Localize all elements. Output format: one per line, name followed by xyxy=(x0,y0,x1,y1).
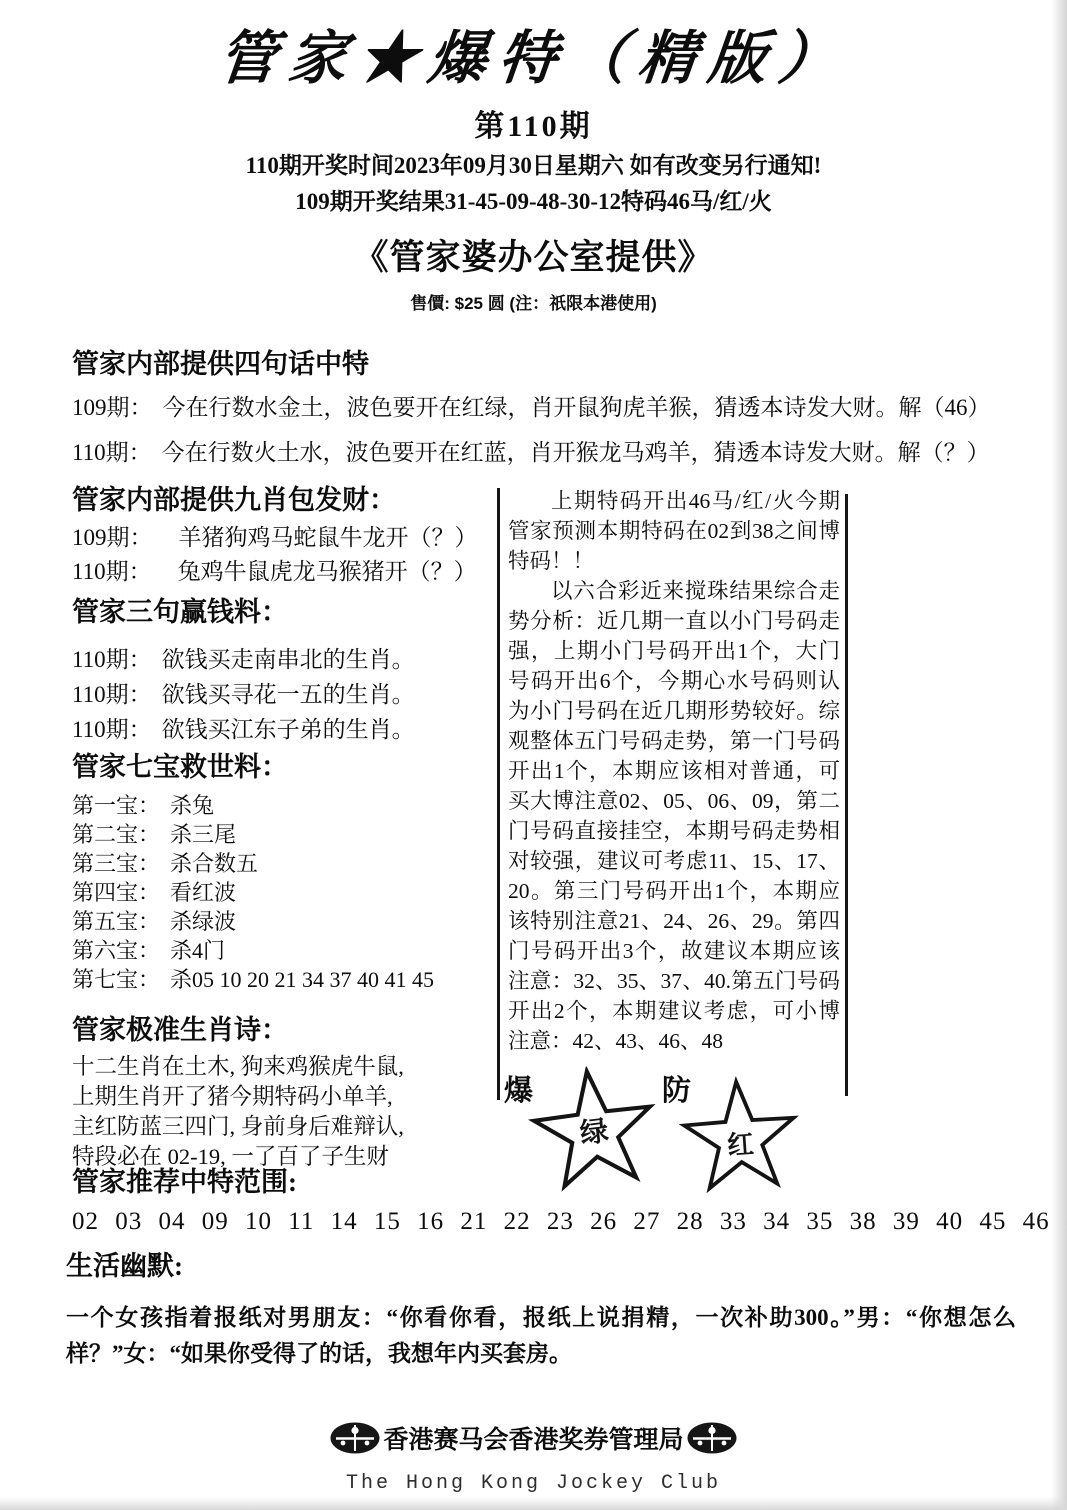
three-sentence-heading: 管家三句赢钱料： xyxy=(72,596,482,628)
treasure-row: 第五宝：杀绿波 xyxy=(72,907,482,936)
row-text: 看红波 xyxy=(170,880,236,905)
row-text: 杀05 10 20 21 34 37 40 41 45 xyxy=(170,967,434,992)
row-text: 杀4门 xyxy=(170,938,225,963)
treasure-row: 第三宝：杀合数五 xyxy=(72,849,482,878)
left-column: 管家内部提供九肖包发财： 109期：羊猪狗鸡马蛇鼠牛龙开（？） 110期：兔鸡牛… xyxy=(72,484,482,1172)
analysis-paragraph-1: 上期特码开出46马/红/火今期管家预测本期特码在02到38之间博特码！！ xyxy=(508,486,840,576)
treasure-row: 第七宝：杀05 10 20 21 34 37 40 41 45 xyxy=(72,965,482,994)
row-text: 欲钱买走南串北的生肖。 xyxy=(162,647,415,672)
treasure-label: 第五宝： xyxy=(72,909,160,934)
star-inner-text: 红 xyxy=(726,1129,755,1161)
scan-edge-bottom xyxy=(0,1497,1067,1510)
treasure-row: 第六宝：杀4门 xyxy=(72,936,482,965)
row-text: 杀兔 xyxy=(170,793,214,818)
last-result-line: 109期开奖结果31-45-09-48-30-12特码46马/红/火 xyxy=(0,187,1067,217)
green-star-icon: 绿 xyxy=(523,1058,666,1201)
guard-star-unit: 防 红 xyxy=(658,1066,808,1206)
treasure-label: 第六宝： xyxy=(72,938,160,963)
section-three-sentence: 管家三句赢钱料： 110期：欲钱买走南串北的生肖。 110期：欲钱买寻花一五的生… xyxy=(72,596,482,747)
red-star-icon: 红 xyxy=(676,1072,804,1202)
period-label: 110期： xyxy=(72,440,152,465)
poem-line: 主红防蓝三四门, 身前身后难辩认, xyxy=(72,1112,482,1142)
column-divider-left xyxy=(497,488,500,1100)
treasure-label: 第三宝： xyxy=(72,851,160,876)
four-phrase-heading: 管家内部提供四句话中特 xyxy=(72,348,1027,380)
period-label: 109期： xyxy=(72,395,153,420)
row-text: 今在行数水金土，波色要开在红绿，肖开鼠狗虎羊猴，猜透本诗发大财。解（46） xyxy=(163,395,991,420)
price-line: 售價: $25 圆 (注：祇限本港使用) xyxy=(0,289,1067,314)
poem-line: 十二生肖在土木, 狗来鸡猴虎牛鼠, xyxy=(72,1052,482,1082)
period-label: 110期： xyxy=(72,717,152,742)
row-text: 欲钱买寻花一五的生肖。 xyxy=(162,682,415,707)
jockey-club-emblem-icon xyxy=(329,1421,381,1455)
main-columns: 管家内部提供九肖包发财： 109期：羊猪狗鸡马蛇鼠牛龙开（？） 110期：兔鸡牛… xyxy=(0,484,1067,1162)
right-column: 上期特码开出46马/红/火今期管家预测本期特码在02到38之间博特码！！ 以六合… xyxy=(508,486,840,1206)
poem-line: 特段必在 02-19, 一了百了子生财 xyxy=(72,1142,482,1172)
zodiac-poem-heading: 管家极准生肖诗： xyxy=(72,1014,482,1046)
poem-line: 上期生肖开了猪今期特码小单羊, xyxy=(72,1082,482,1112)
footer: 香港赛马会香港奖券管理局 The Hong Kong Jockey Club xyxy=(0,1420,1067,1495)
row-text: 杀合数五 xyxy=(170,851,258,876)
analysis-paragraph-2: 以六合彩近来搅珠结果综合走势分析：近几期一直以小门号码走强，上期小门号码开出1个… xyxy=(508,576,840,1056)
header: 管家★爆特（精版） 第110期 110期开奖时间2023年09月30日星期六 如… xyxy=(0,0,1067,314)
stars-row: 爆 绿 防 红 xyxy=(508,1066,840,1206)
treasure-row: 第二宝：杀三尾 xyxy=(72,820,482,849)
row-text: 杀绿波 xyxy=(170,909,236,934)
star-inner-text: 绿 xyxy=(578,1115,610,1150)
four-phrase-row: 109期：今在行数水金土，波色要开在红绿，肖开鼠狗虎羊猴，猜透本诗发大财。解（4… xyxy=(72,390,1027,425)
row-text: 欲钱买江东子弟的生肖。 xyxy=(162,717,415,742)
row-text: 杀三尾 xyxy=(170,822,236,847)
row-text: 羊猪狗鸡马蛇鼠牛龙开（？） xyxy=(179,525,478,550)
footer-org-cn: 香港赛马会香港奖券管理局 xyxy=(383,1420,683,1456)
nine-zodiac-row: 109期：羊猪狗鸡马蛇鼠牛龙开（？） xyxy=(72,522,482,554)
footer-org-en: The Hong Kong Jockey Club xyxy=(0,1472,1067,1495)
treasure-label: 第一宝： xyxy=(72,793,160,818)
seven-treasure-heading: 管家七宝救世料： xyxy=(72,751,482,783)
nine-zodiac-heading: 管家内部提供九肖包发财： xyxy=(72,484,482,516)
section-nine-zodiac: 管家内部提供九肖包发财： 109期：羊猪狗鸡马蛇鼠牛龙开（？） 110期：兔鸡牛… xyxy=(72,484,482,588)
period-label: 110期： xyxy=(72,559,152,584)
column-divider-right xyxy=(845,494,848,1096)
humor-text: 一个女孩指着报纸对男朋友：“你看你看，报纸上说捐精，一次补助300。”男：“你想… xyxy=(66,1300,1016,1372)
recommend-numbers: 02 03 04 09 10 11 14 15 16 21 22 23 26 2… xyxy=(72,1208,1027,1236)
provider-line: 《管家婆办公室提供》 xyxy=(0,230,1067,280)
period-label: 109期： xyxy=(72,525,153,550)
issue-number: 第110期 xyxy=(0,101,1067,145)
footer-org-row: 香港赛马会香港奖券管理局 xyxy=(0,1420,1067,1456)
draw-time-line: 110期开奖时间2023年09月30日星期六 如有改变另行通知! xyxy=(0,151,1067,181)
three-sentence-row: 110期：欲钱买寻花一五的生肖。 xyxy=(72,677,482,712)
lottery-tip-sheet-page: 管家★爆特（精版） 第110期 110期开奖时间2023年09月30日星期六 如… xyxy=(0,0,1067,1510)
section-four-phrase: 管家内部提供四句话中特 109期：今在行数水金土，波色要开在红绿，肖开鼠狗虎羊猴… xyxy=(72,348,1027,470)
period-label: 110期： xyxy=(72,682,152,707)
row-text: 今在行数火土水，波色要开在红蓝，肖开猴龙马鸡羊，猜透本诗发大财。解（？） xyxy=(162,440,990,465)
three-sentence-row: 110期：欲钱买走南串北的生肖。 xyxy=(72,642,482,677)
period-label: 110期： xyxy=(72,647,152,672)
three-sentence-row: 110期：欲钱买江东子弟的生肖。 xyxy=(72,712,482,747)
treasure-row: 第一宝：杀兔 xyxy=(72,791,482,820)
section-zodiac-poem: 管家极准生肖诗： 十二生肖在土木, 狗来鸡猴虎牛鼠, 上期生肖开了猪今期特码小单… xyxy=(72,1014,482,1172)
nine-zodiac-row: 110期：兔鸡牛鼠虎龙马猴猪开（？） xyxy=(72,556,482,588)
four-phrase-row: 110期：今在行数火土水，波色要开在红蓝，肖开猴龙马鸡羊，猜透本诗发大财。解（？… xyxy=(72,435,1027,470)
section-humor: 生活幽默: 一个女孩指着报纸对男朋友：“你看你看，报纸上说捐精，一次补助300。… xyxy=(66,1250,1027,1372)
burst-star-unit: 爆 绿 xyxy=(508,1066,658,1206)
treasure-label: 第七宝： xyxy=(72,967,160,992)
treasure-label: 第四宝： xyxy=(72,880,160,905)
section-seven-treasure: 管家七宝救世料： 第一宝：杀兔 第二宝：杀三尾 第三宝：杀合数五 第四宝：看红波… xyxy=(72,751,482,994)
jockey-club-emblem-icon xyxy=(686,1421,738,1455)
treasure-label: 第二宝： xyxy=(72,822,160,847)
scan-edge-right xyxy=(1051,0,1067,1510)
page-title: 管家★爆特（精版） xyxy=(0,26,1067,93)
row-text: 兔鸡牛鼠虎龙马猴猪开（？） xyxy=(178,559,477,584)
humor-heading: 生活幽默: xyxy=(66,1250,1027,1282)
treasure-row: 第四宝：看红波 xyxy=(72,878,482,907)
